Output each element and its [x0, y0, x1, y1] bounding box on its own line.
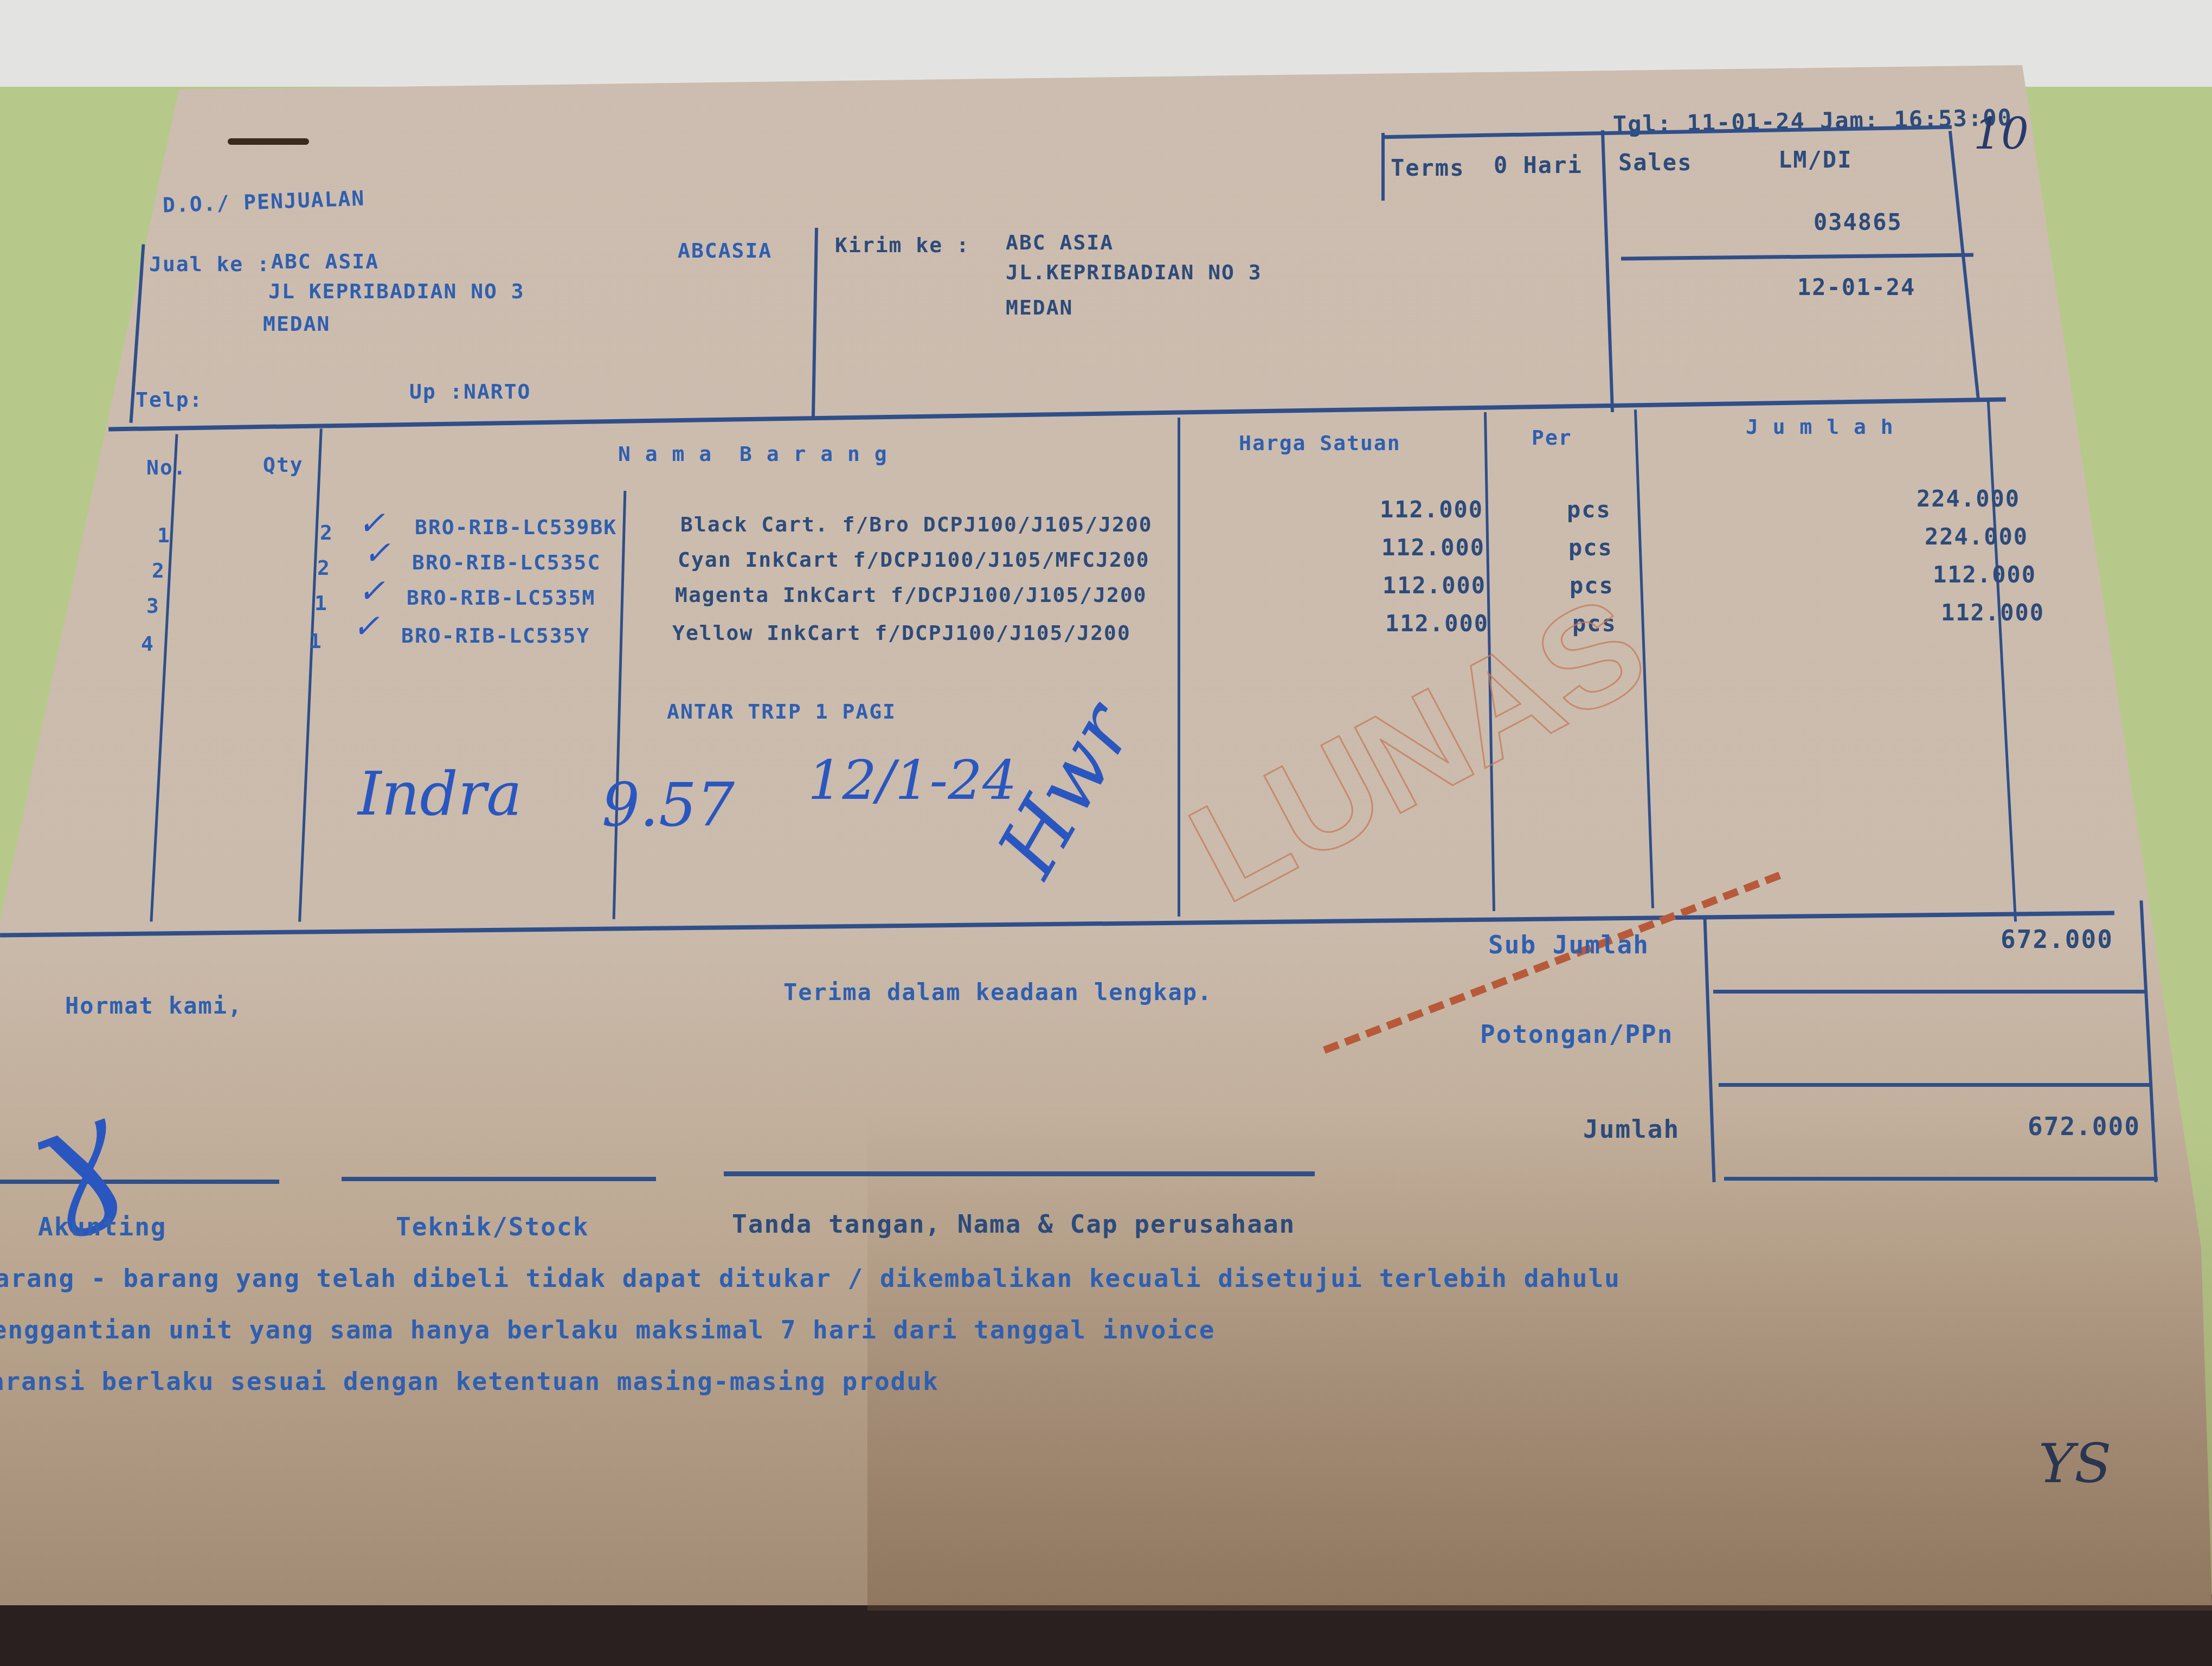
corner-mark-handwritten: 10 — [1973, 108, 2029, 159]
discount-label: Potongan/PPn — [1480, 1020, 1673, 1049]
sold-to-name: ABC ASIA — [271, 249, 379, 273]
sold-to-city: MEDAN — [263, 312, 330, 336]
subtotal-label: Sub Jumlah — [1488, 930, 1649, 959]
handwritten-date: 12/1-24 — [808, 748, 1017, 812]
col-header-per: Per — [1532, 426, 1572, 450]
row-no: 4 — [141, 632, 155, 656]
document-number: 034865 — [1814, 209, 1902, 235]
footer-note: Garansi berlaku sesuai dengan ketentuan … — [0, 1367, 939, 1396]
row-per: pcs — [1567, 496, 1611, 523]
handwritten-name: Indra — [358, 759, 522, 829]
col-header-amount: J u m l a h — [1746, 415, 1894, 439]
ship-to-name: ABC ASIA — [1006, 230, 1114, 254]
row-no: 3 — [146, 594, 160, 618]
col-header-qty: Qty — [263, 453, 304, 477]
total-value: 672.000 — [2028, 1112, 2140, 1141]
totals-divider-2 — [1719, 1083, 2152, 1087]
terms-value: 0 Hari — [1494, 152, 1583, 178]
row-no: 1 — [157, 523, 171, 547]
sold-to-label: Jual ke : — [149, 252, 271, 276]
sold-to-code: ABCASIA — [678, 239, 772, 262]
phone-label: Telp: — [136, 388, 203, 412]
row-unit-price: 112.000 — [1381, 534, 1485, 561]
row-code: BRO-RIB-LC535Y — [401, 624, 590, 648]
totals-divider-1 — [1713, 990, 2147, 994]
ship-to-city: MEDAN — [1006, 296, 1073, 319]
row-unit-price: 112.000 — [1380, 496, 1483, 523]
row-code: BRO-RIB-LC535M — [407, 586, 595, 610]
checkmark-icon: ✓ — [363, 534, 390, 572]
totals-box-bottom — [1724, 1177, 2158, 1181]
row-unit-price: 112.000 — [1382, 572, 1486, 599]
footer-note: Barang - barang yang telah dibeli tidak … — [0, 1264, 1621, 1293]
row-desc: Yellow InkCart f/DCPJ100/J105/J200 — [672, 621, 1131, 645]
sales-value: LM/DI — [1778, 146, 1852, 173]
col-header-unit-price: Harga Satuan — [1239, 431, 1401, 455]
row-code: BRO-RIB-LC535C — [412, 550, 601, 574]
ship-to-address: JL.KEPRIBADIAN NO 3 — [1006, 260, 1262, 284]
checkmark-icon: ✓ — [352, 607, 380, 645]
attention-name: NARTO — [464, 380, 531, 403]
total-label: Jumlah — [1583, 1114, 1680, 1144]
row-qty: 1 — [309, 629, 323, 653]
row-desc: Cyan InkCart f/DCPJ100/J105/MFCJ200 — [678, 548, 1150, 572]
row-amount: 112.000 — [1941, 599, 2044, 626]
company-sign-label: Tanda tangan, Nama & Cap perusahaan — [732, 1209, 1295, 1239]
accounting-label: Akunting — [38, 1212, 167, 1241]
row-desc: Magenta InkCart f/DCPJ100/J105/J200 — [675, 583, 1147, 607]
checkmark-icon: ✓ — [358, 572, 385, 610]
sold-to-address: JL KEPRIBADIAN NO 3 — [268, 279, 525, 303]
regards-label: Hormat kami, — [65, 992, 242, 1019]
row-qty: 1 — [314, 591, 328, 615]
ship-to-label: Kirim ke : — [835, 233, 970, 257]
stock-label: Teknik/Stock — [396, 1212, 589, 1241]
terms-box-left — [1381, 133, 1385, 201]
delivery-date: 12-01-24 — [1797, 274, 1915, 300]
handwritten-time: 9.57 — [602, 770, 735, 840]
col-rule-item — [1178, 418, 1180, 917]
row-per: pcs — [1568, 534, 1613, 561]
row-desc: Black Cart. f/Bro DCPJ100/J105/J200 — [680, 512, 1153, 536]
terms-label: Terms — [1391, 155, 1464, 181]
row-qty: 2 — [317, 556, 331, 580]
sign-line-company — [724, 1171, 1315, 1176]
row-code: BRO-RIB-LC539BK — [415, 515, 617, 539]
handwritten-initials: YS — [2039, 1432, 2112, 1495]
scribble-mark — [228, 138, 309, 145]
row-qty: 2 — [320, 521, 333, 544]
col-header-item: N a m a B a r a n g — [618, 442, 888, 466]
subtotal-value: 672.000 — [2001, 925, 2113, 954]
row-amount: 112.000 — [1933, 561, 2036, 588]
row-amount: 224.000 — [1925, 523, 2028, 550]
attention-label: Up : — [409, 380, 464, 403]
row-amount: 224.000 — [1917, 485, 2020, 512]
delivery-note: ANTAR TRIP 1 PAGI — [667, 700, 896, 723]
col-header-no: No. — [146, 456, 187, 479]
row-no: 2 — [152, 559, 165, 582]
sign-line-stock — [342, 1177, 656, 1181]
sales-label: Sales — [1618, 149, 1692, 176]
footer-note: Penggantian unit yang sama hanya berlaku… — [0, 1315, 1215, 1344]
received-label: Terima dalam keadaan lengkap. — [783, 979, 1212, 1005]
